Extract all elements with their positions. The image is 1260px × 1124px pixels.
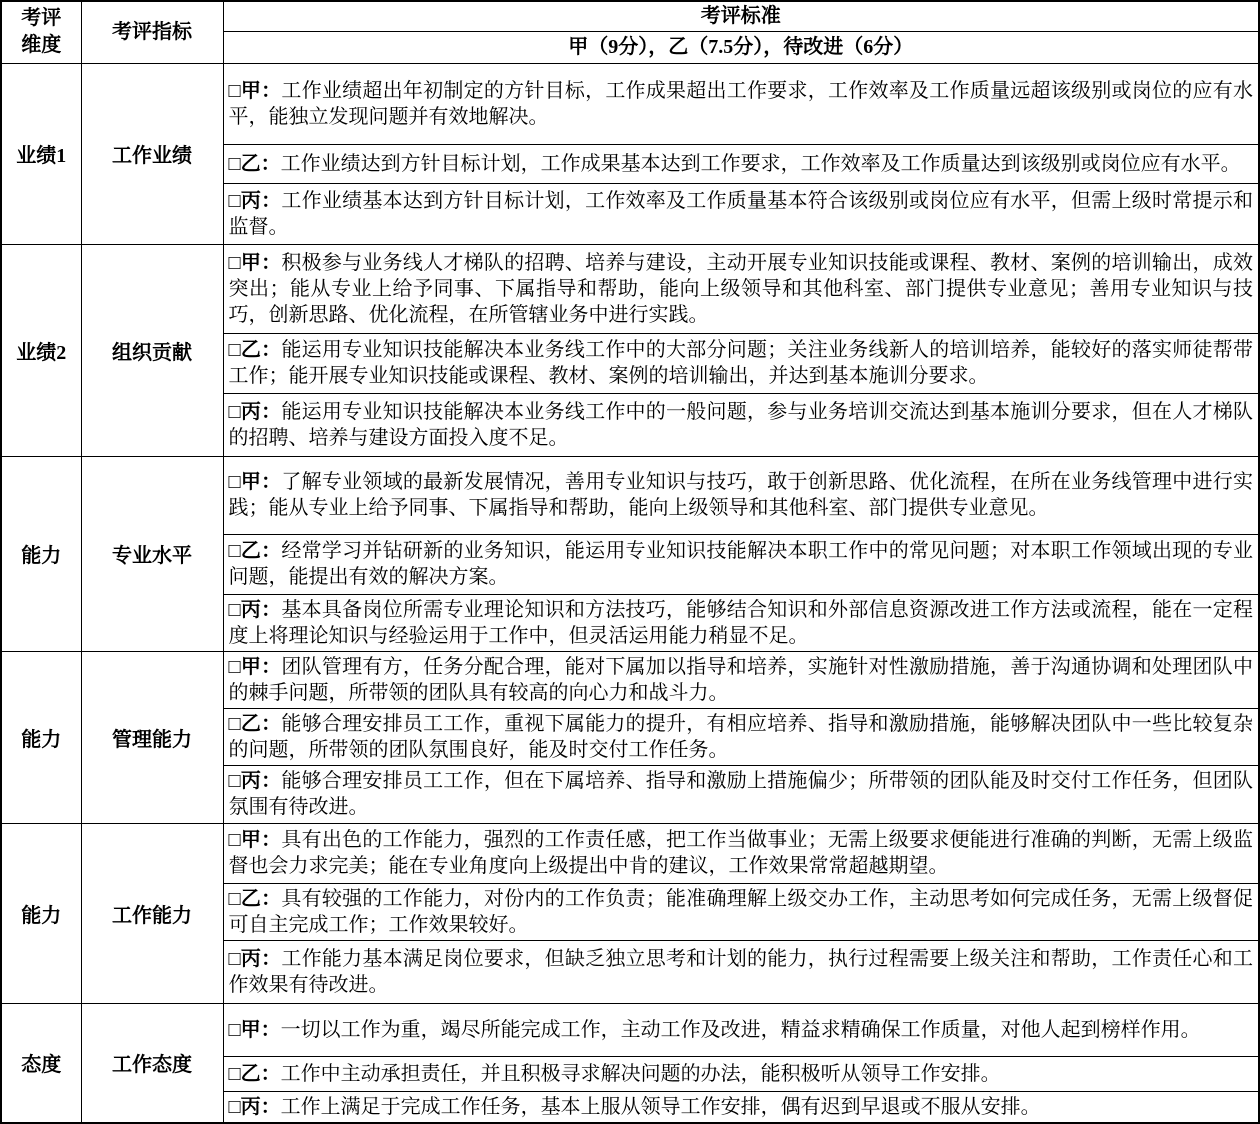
grade-label: 甲：	[241, 471, 282, 493]
checkbox-icon[interactable]: □	[229, 252, 241, 274]
checkbox-icon[interactable]: □	[229, 888, 241, 910]
grade-label: 丙：	[241, 770, 282, 792]
criteria-cell: □乙：工作业绩达到方针目标计划，工作成果基本达到工作要求，工作效率及工作质量达到…	[223, 144, 1259, 183]
dimension-cell: 能力	[1, 456, 81, 651]
grade-label: 乙：	[241, 153, 281, 175]
header-indicator: 考评指标	[81, 1, 223, 63]
criteria-text: 工作业绩基本达到方针目标计划，工作效率及工作质量基本符合该级别或岗位应有水平，但…	[229, 190, 1254, 238]
grade-label: 丙：	[241, 401, 282, 423]
header-row-1: 考评维度 考评指标 考评标准	[1, 1, 1259, 31]
criteria-cell: □乙：能够合理安排员工工作，重视下属能力的提升，有相应培养、指导和激励措施，能够…	[223, 708, 1259, 765]
criteria-cell: □乙：工作中主动承担责任，并且积极寻求解决问题的办法，能积极听从领导工作安排。	[223, 1056, 1259, 1091]
criteria-cell: □丙：能够合理安排员工工作，但在下属培养、指导和激励上措施偏少；所带领的团队能及…	[223, 765, 1259, 823]
criteria-row: 能力工作能力□甲：具有出色的工作能力，强烈的工作责任感，把工作当做事业；无需上级…	[1, 823, 1259, 883]
checkbox-icon[interactable]: □	[229, 713, 241, 735]
criteria-row: 能力管理能力□甲：团队管理有方，任务分配合理，能对下属加以指导和培养，实施针对性…	[1, 651, 1259, 708]
criteria-text: 工作业绩达到方针目标计划，工作成果基本达到工作要求，工作效率及工作质量达到该级别…	[281, 153, 1241, 175]
criteria-cell: □丙：工作上满足于完成工作任务，基本上服从领导工作安排，偶有迟到早退或不服从安排…	[223, 1091, 1259, 1123]
criteria-text: 能运用专业知识技能解决本业务线工作中的大部分问题；关注业务线新人的培训培养，能较…	[229, 339, 1254, 387]
criteria-text: 团队管理有方，任务分配合理，能对下属加以指导和培养，实施针对性激励措施，善于沟通…	[229, 656, 1254, 704]
checkbox-icon[interactable]: □	[229, 540, 241, 562]
dimension-cell: 能力	[1, 651, 81, 823]
criteria-text: 能够合理安排员工工作，重视下属能力的提升，有相应培养、指导和激励措施，能够解决团…	[229, 713, 1254, 761]
grade-label: 乙：	[241, 888, 282, 910]
dimension-cell: 业绩2	[1, 244, 81, 456]
header-standard: 考评标准	[223, 1, 1259, 31]
criteria-text: 具有出色的工作能力，强烈的工作责任感，把工作当做事业；无需上级要求便能进行准确的…	[229, 829, 1254, 877]
criteria-cell: □丙：工作能力基本满足岗位要求，但缺乏独立思考和计划的能力，执行过程需要上级关注…	[223, 940, 1259, 1003]
criteria-text: 具有较强的工作能力，对份内的工作负责；能准确理解上级交办工作，主动思考如何完成任…	[229, 888, 1254, 936]
dimension-cell: 态度	[1, 1003, 81, 1123]
criteria-cell: □丙：基本具备岗位所需专业理论知识和方法技巧，能够结合知识和外部信息资源改进工作…	[223, 594, 1259, 651]
criteria-cell: □甲：一切以工作为重，竭尽所能完成工作，主动工作及改进，精益求精确保工作质量，对…	[223, 1003, 1259, 1056]
dimension-cell: 能力	[1, 823, 81, 1003]
indicator-cell: 工作态度	[81, 1003, 223, 1123]
table-body: 考评维度 考评指标 考评标准 甲（9分），乙（7.5分），待改进（6分） 业绩1…	[1, 1, 1259, 1123]
criteria-text: 工作业绩超出年初制定的方针目标，工作成果超出工作要求，工作效率及工作质量远超该级…	[229, 80, 1254, 128]
grade-label: 丙：	[241, 190, 282, 212]
checkbox-icon[interactable]: □	[229, 190, 241, 212]
criteria-cell: □甲：具有出色的工作能力，强烈的工作责任感，把工作当做事业；无需上级要求便能进行…	[223, 823, 1259, 883]
checkbox-icon[interactable]: □	[229, 656, 241, 678]
criteria-text: 工作能力基本满足岗位要求，但缺乏独立思考和计划的能力，执行过程需要上级关注和帮助…	[229, 948, 1254, 996]
grade-label: 丙：	[241, 599, 282, 621]
criteria-text: 一切以工作为重，竭尽所能完成工作，主动工作及改进，精益求精确保工作质量，对他人起…	[281, 1019, 1201, 1041]
criteria-text: 能运用专业知识技能解决本业务线工作中的一般问题，参与业务培训交流达到基本施训分要…	[229, 401, 1254, 449]
grade-label: 乙：	[241, 540, 282, 562]
grade-label: 甲：	[241, 1019, 281, 1041]
criteria-cell: □丙：能运用专业知识技能解决本业务线工作中的一般问题，参与业务培训交流达到基本施…	[223, 393, 1259, 456]
grade-label: 甲：	[241, 829, 282, 851]
indicator-cell: 工作业绩	[81, 63, 223, 244]
criteria-cell: □乙：能运用专业知识技能解决本业务线工作中的大部分问题；关注业务线新人的培训培养…	[223, 333, 1259, 393]
checkbox-icon[interactable]: □	[229, 599, 241, 621]
checkbox-icon[interactable]: □	[229, 948, 241, 970]
checkbox-icon[interactable]: □	[229, 770, 241, 792]
dimension-cell: 业绩1	[1, 63, 81, 244]
criteria-cell: □丙：工作业绩基本达到方针目标计划，工作效率及工作质量基本符合该级别或岗位应有水…	[223, 183, 1259, 244]
criteria-row: 业绩1工作业绩□甲：工作业绩超出年初制定的方针目标，工作成果超出工作要求，工作效…	[1, 63, 1259, 144]
criteria-text: 能够合理安排员工工作，但在下属培养、指导和激励上措施偏少；所带领的团队能及时交付…	[229, 770, 1254, 818]
criteria-text: 工作上满足于完成工作任务，基本上服从领导工作安排，偶有迟到早退或不服从安排。	[281, 1096, 1041, 1118]
checkbox-icon[interactable]: □	[229, 80, 241, 102]
criteria-text: 积极参与业务线人才梯队的招聘、培养与建设，主动开展专业知识技能或课程、教材、案例…	[229, 252, 1254, 326]
checkbox-icon[interactable]: □	[229, 1063, 241, 1085]
criteria-text: 经常学习并钻研新的业务知识，能运用专业知识技能解决本职工作中的常见问题；对本职工…	[229, 540, 1254, 588]
grade-label: 乙：	[241, 1063, 281, 1085]
checkbox-icon[interactable]: □	[229, 471, 241, 493]
criteria-cell: □甲：团队管理有方，任务分配合理，能对下属加以指导和培养，实施针对性激励措施，善…	[223, 651, 1259, 708]
header-grades: 甲（9分），乙（7.5分），待改进（6分）	[223, 31, 1259, 63]
criteria-cell: □甲：积极参与业务线人才梯队的招聘、培养与建设，主动开展专业知识技能或课程、教材…	[223, 244, 1259, 333]
grade-label: 丙：	[241, 1096, 281, 1118]
header-dimension: 考评维度	[1, 1, 81, 63]
checkbox-icon[interactable]: □	[229, 401, 241, 423]
criteria-cell: □乙：经常学习并钻研新的业务知识，能运用专业知识技能解决本职工作中的常见问题；对…	[223, 534, 1259, 594]
grade-label: 乙：	[241, 339, 282, 361]
indicator-cell: 组织贡献	[81, 244, 223, 456]
criteria-text: 了解专业领域的最新发展情况，善用专业知识与技巧，敢于创新思路、优化流程，在所在业…	[229, 471, 1254, 519]
grade-label: 丙：	[241, 948, 282, 970]
criteria-text: 工作中主动承担责任，并且积极寻求解决问题的办法，能积极听从领导工作安排。	[281, 1063, 1001, 1085]
criteria-cell: □甲：了解专业领域的最新发展情况，善用专业知识与技巧，敢于创新思路、优化流程，在…	[223, 456, 1259, 534]
indicator-cell: 工作能力	[81, 823, 223, 1003]
checkbox-icon[interactable]: □	[229, 1019, 241, 1041]
indicator-cell: 专业水平	[81, 456, 223, 651]
grade-label: 甲：	[241, 252, 282, 274]
criteria-cell: □乙：具有较强的工作能力，对份内的工作负责；能准确理解上级交办工作，主动思考如何…	[223, 883, 1259, 940]
criteria-row: 业绩2组织贡献□甲：积极参与业务线人才梯队的招聘、培养与建设，主动开展专业知识技…	[1, 244, 1259, 333]
criteria-text: 基本具备岗位所需专业理论知识和方法技巧，能够结合知识和外部信息资源改进工作方法或…	[229, 599, 1254, 647]
grade-label: 甲：	[241, 656, 282, 678]
criteria-row: 能力专业水平□甲：了解专业领域的最新发展情况，善用专业知识与技巧，敢于创新思路、…	[1, 456, 1259, 534]
checkbox-icon[interactable]: □	[229, 1096, 241, 1118]
checkbox-icon[interactable]: □	[229, 829, 241, 851]
checkbox-icon[interactable]: □	[229, 339, 241, 361]
criteria-cell: □甲：工作业绩超出年初制定的方针目标，工作成果超出工作要求，工作效率及工作质量远…	[223, 63, 1259, 144]
grade-label: 乙：	[241, 713, 282, 735]
indicator-cell: 管理能力	[81, 651, 223, 823]
checkbox-icon[interactable]: □	[229, 153, 241, 175]
evaluation-criteria-table: 考评维度 考评指标 考评标准 甲（9分），乙（7.5分），待改进（6分） 业绩1…	[0, 0, 1260, 1124]
criteria-row: 态度工作态度□甲：一切以工作为重，竭尽所能完成工作，主动工作及改进，精益求精确保…	[1, 1003, 1259, 1056]
grade-label: 甲：	[241, 80, 282, 102]
